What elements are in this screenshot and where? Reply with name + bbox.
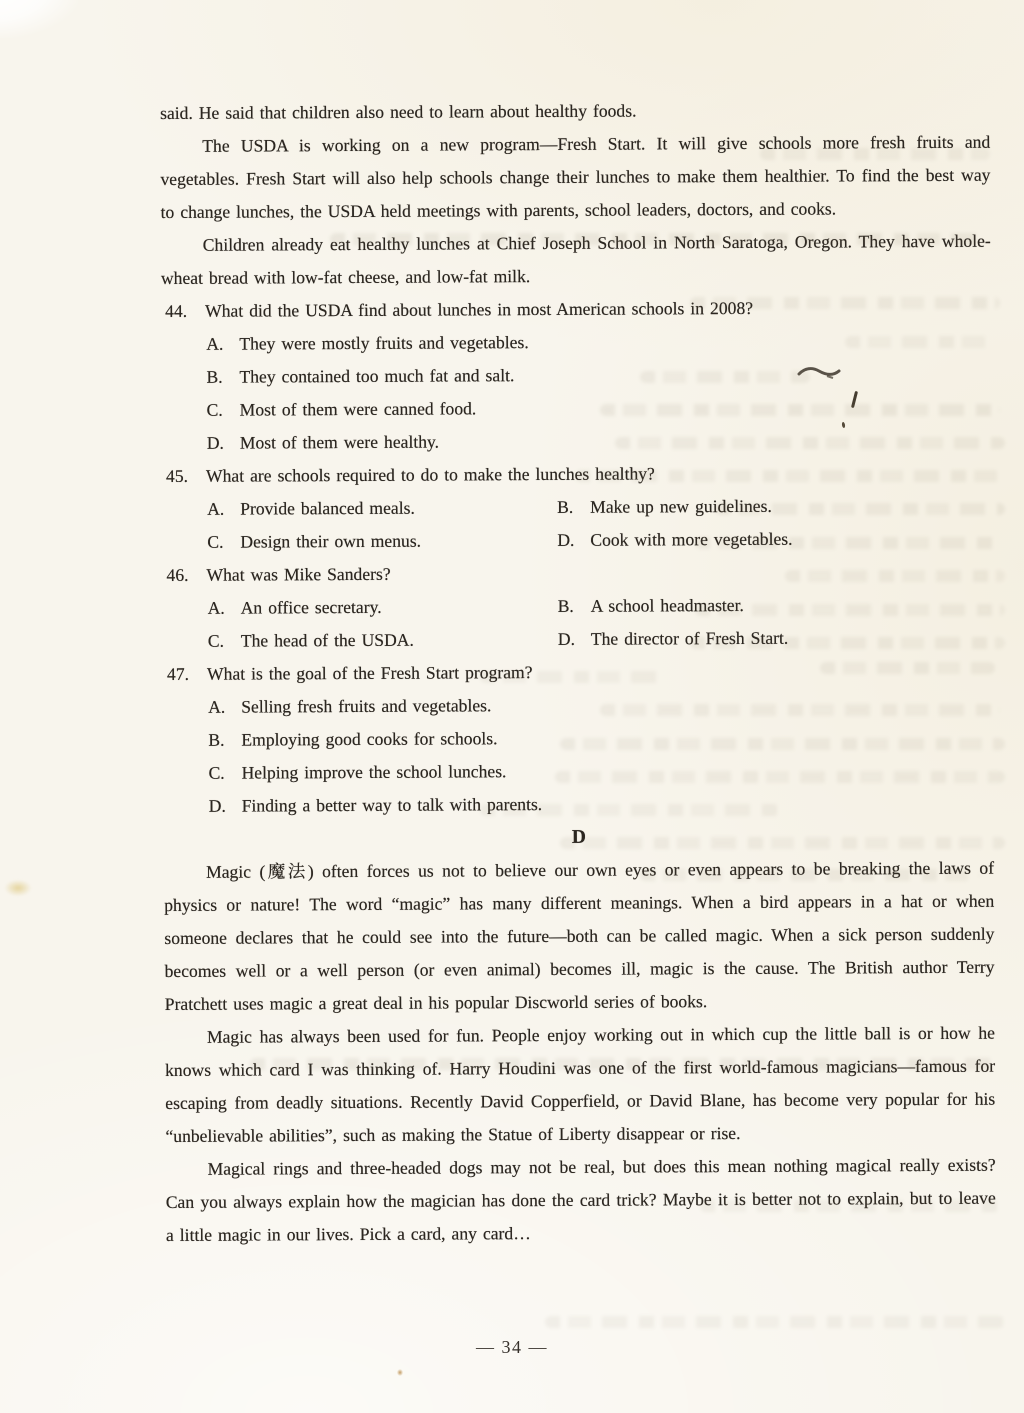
question-45-prompt: What are schools required to do to make … [206,463,655,485]
question-46-option-c: C.The head of the USDA. [208,623,558,658]
passage-magic-paragraph-1: Magic (魔法) often forces us not to believ… [164,852,995,1021]
passage-magic-paragraph-2: Magic has always been used for fun. Peop… [165,1017,996,1153]
ink-smudge-mark [797,364,843,380]
option-c-label: C. [208,625,241,658]
option-a-label: A. [207,493,240,526]
option-b-text: Employing good cooks for schools. [241,728,497,749]
option-d-text: Most of them were healthy. [240,432,439,453]
question-46-options: A.An office secretary. B.A school headma… [163,588,993,658]
question-45: 45.What are schools required to do to ma… [162,456,992,493]
option-d-label: D. [558,623,591,656]
option-b-label: B. [208,724,241,757]
option-b-text: Make up new guidelines. [590,496,772,517]
option-a-text: They were mostly fruits and vegetables. [239,332,529,354]
question-46-option-d: D.The director of Fresh Start. [558,621,993,656]
question-46-option-a: A.An office secretary. [208,590,558,625]
question-45-options: A.Provide balanced meals. B.Make up new … [162,489,992,559]
question-47-option-b: B.Employing good cooks for schools. [163,720,993,757]
passage-magic-paragraph-3: Magical rings and three-headed dogs may … [166,1149,997,1252]
question-44-prompt: What did the USDA find about lunches in … [205,298,753,321]
question-44-option-d: D.Most of them were healthy. [162,423,992,460]
question-46-prompt: What was Mike Sanders? [206,564,390,585]
option-b-label: B. [557,491,590,524]
option-a-label: A. [208,691,241,724]
option-d-text: Cook with more vegetables. [590,529,792,550]
question-47-prompt: What is the goal of the Fresh Start prog… [207,662,533,684]
option-d-text: Finding a better way to talk with parent… [242,794,543,816]
option-c-text: Most of them were canned food. [240,398,477,419]
option-d-label: D. [557,524,590,557]
question-44-option-c: C.Most of them were canned food. [162,390,992,427]
scanned-exam-page: said. He said that children also need to… [0,0,1024,1413]
option-d-label: D. [207,427,240,460]
paper-speck [396,1368,404,1377]
option-c-label: C. [208,757,241,790]
option-c-text: The head of the USDA. [241,630,414,651]
page-number: — 34 — [0,1337,1024,1358]
question-45-option-b: B.Make up new guidelines. [557,489,992,524]
section-d-header: D [164,819,994,856]
paper-stain [0,877,36,899]
option-d-label: D. [209,790,242,823]
option-a-label: A. [206,328,239,361]
question-47: 47.What is the goal of the Fresh Start p… [163,654,993,691]
bleedthrough-ghost-line [545,1316,1005,1328]
option-b-text: A school headmaster. [591,595,744,616]
passage-usda-chief-joseph: Children already eat healthy lunches at … [161,225,991,295]
page-content: said. He said that children also need to… [160,93,996,1252]
option-c-text: Design their own menus. [240,531,421,552]
option-d-text: The director of Fresh Start. [591,628,789,649]
passage-usda-continuation: said. He said that children also need to… [160,93,990,130]
question-47-option-a: A.Selling fresh fruits and vegetables. [163,687,993,724]
question-45-option-c: C.Design their own menus. [207,524,557,559]
option-c-label: C. [207,526,240,559]
question-44: 44.What did the USDA find about lunches … [161,291,991,328]
question-44-number: 44. [165,295,205,328]
option-a-text: Provide balanced meals. [240,498,415,519]
question-44-option-b: B.They contained too much fat and salt. [161,357,991,394]
passage-usda-fresh-start: The USDA is working on a new program—Fre… [160,126,991,229]
question-46-number: 46. [166,559,206,592]
option-a-label: A. [208,592,241,625]
option-a-text: An office secretary. [241,597,382,618]
option-a-text: Selling fresh fruits and vegetables. [241,695,491,716]
scan-corner-flash [0,0,78,38]
question-45-number: 45. [166,460,206,493]
question-45-option-d: D.Cook with more vegetables. [557,522,992,557]
question-46-option-b: B.A school headmaster. [558,588,993,623]
question-44-option-a: A.They were mostly fruits and vegetables… [161,324,991,361]
question-45-option-a: A.Provide balanced meals. [207,491,557,526]
option-c-text: Helping improve the school lunches. [241,761,506,782]
question-47-number: 47. [167,658,207,691]
question-47-option-d: D.Finding a better way to talk with pare… [164,786,994,823]
option-c-label: C. [207,394,240,427]
option-b-text: They contained too much fat and salt. [239,365,514,386]
option-b-label: B. [206,361,239,394]
option-b-label: B. [558,590,591,623]
question-46: 46.What was Mike Sanders? [162,555,992,592]
question-47-option-c: C.Helping improve the school lunches. [163,753,993,790]
